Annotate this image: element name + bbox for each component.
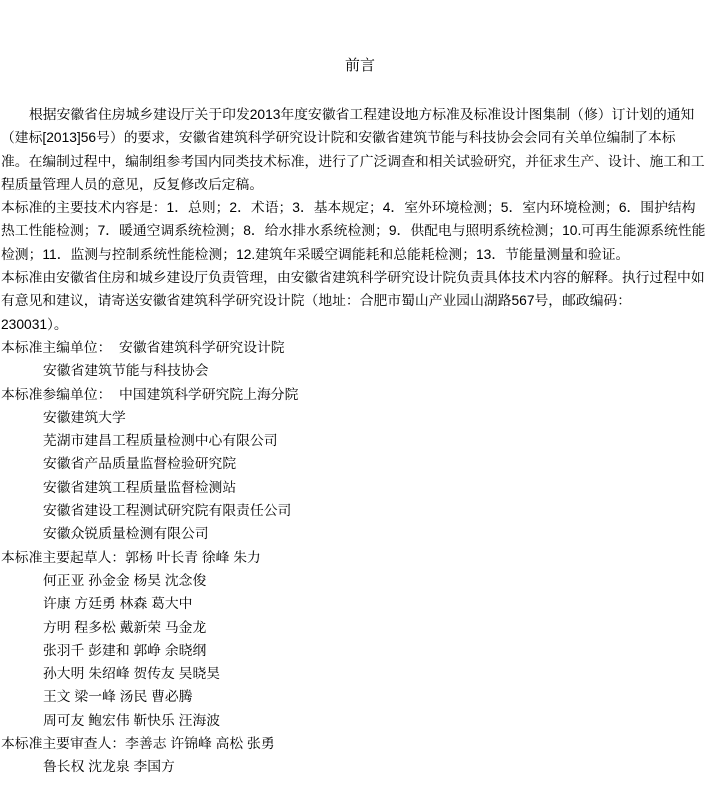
text-line: 检测；11．监测与控制系统性能检测；12.建筑年采暖空调能耗和总能耗检测；13．… — [1, 243, 718, 266]
text-line: 王文 梁一峰 汤民 曹必腾 — [1, 685, 718, 708]
text-line: 安徽省建筑工程质量监督检测站 — [1, 476, 718, 499]
text-line: 安徽众锐质量检测有限公司 — [1, 522, 718, 545]
text-line: 本标准的主要技术内容是：1．总则；2．术语；3．基本规定；4．室外环境检测；5．… — [1, 196, 718, 219]
text-line: 本标准由安徽省住房和城乡建设厅负责管理，由安徽省建筑科学研究设计院负责具体技术内… — [1, 266, 718, 289]
page-title: 前言 — [0, 0, 720, 75]
text-line: 安徽省建设工程测试研究院有限责任公司 — [1, 499, 718, 522]
text-line: 230031）。 — [1, 313, 718, 336]
document-page: 前言 根据安徽省住房城乡建设厅关于印发2013年度安徽省工程建设地方标准及标准设… — [0, 0, 720, 788]
text-line: 程质量管理人员的意见，反复修改后定稿。 — [1, 173, 718, 196]
text-line: 何正亚 孙金金 杨昊 沈念俊 — [1, 569, 718, 592]
text-line: 安徽建筑大学 — [1, 406, 718, 429]
text-line: 有意见和建议，请寄送安徽省建筑科学研究设计院（地址：合肥市蜀山产业园山湖路567… — [1, 289, 718, 312]
text-line: 芜湖市建昌工程质量检测中心有限公司 — [1, 429, 718, 452]
text-line: 本标准主要审查人：李善志 许锦峰 高松 张勇 — [1, 732, 718, 755]
text-line: 本标准主要起草人：郭杨 叶长青 徐峰 朱力 — [1, 546, 718, 569]
document-body: 根据安徽省住房城乡建设厅关于印发2013年度安徽省工程建设地方标准及标准设计图集… — [0, 103, 720, 779]
text-line: 本标准主编单位： 安徽省建筑科学研究设计院 — [1, 336, 718, 359]
text-line: 准。在编制过程中，编制组参考国内同类技术标准，进行了广泛调查和相关试验研究，并征… — [1, 150, 718, 173]
text-line: 本标准参编单位： 中国建筑科学研究院上海分院 — [1, 383, 718, 406]
text-line: 热工性能检测；7．暖通空调系统检测；8．给水排水系统检测；9．供配电与照明系统检… — [1, 219, 718, 242]
text-line: （建标[2013]56号）的要求，安徽省建筑科学研究设计院和安徽省建筑节能与科技… — [1, 126, 718, 149]
text-line: 安徽省建筑节能与科技协会 — [1, 359, 718, 382]
text-line: 方明 程多松 戴新荣 马金龙 — [1, 616, 718, 639]
text-line: 张羽千 彭建和 郭峥 余晓纲 — [1, 639, 718, 662]
text-line: 孙大明 朱绍峰 贺传友 吴晓昊 — [1, 662, 718, 685]
text-line: 根据安徽省住房城乡建设厅关于印发2013年度安徽省工程建设地方标准及标准设计图集… — [1, 103, 718, 126]
text-line: 许康 方廷勇 林森 葛大中 — [1, 592, 718, 615]
text-line: 安徽省产品质量监督检验研究院 — [1, 452, 718, 475]
text-line: 周可友 鲍宏伟 靳快乐 汪海波 — [1, 709, 718, 732]
text-line: 鲁长权 沈龙泉 李国方 — [1, 755, 718, 778]
